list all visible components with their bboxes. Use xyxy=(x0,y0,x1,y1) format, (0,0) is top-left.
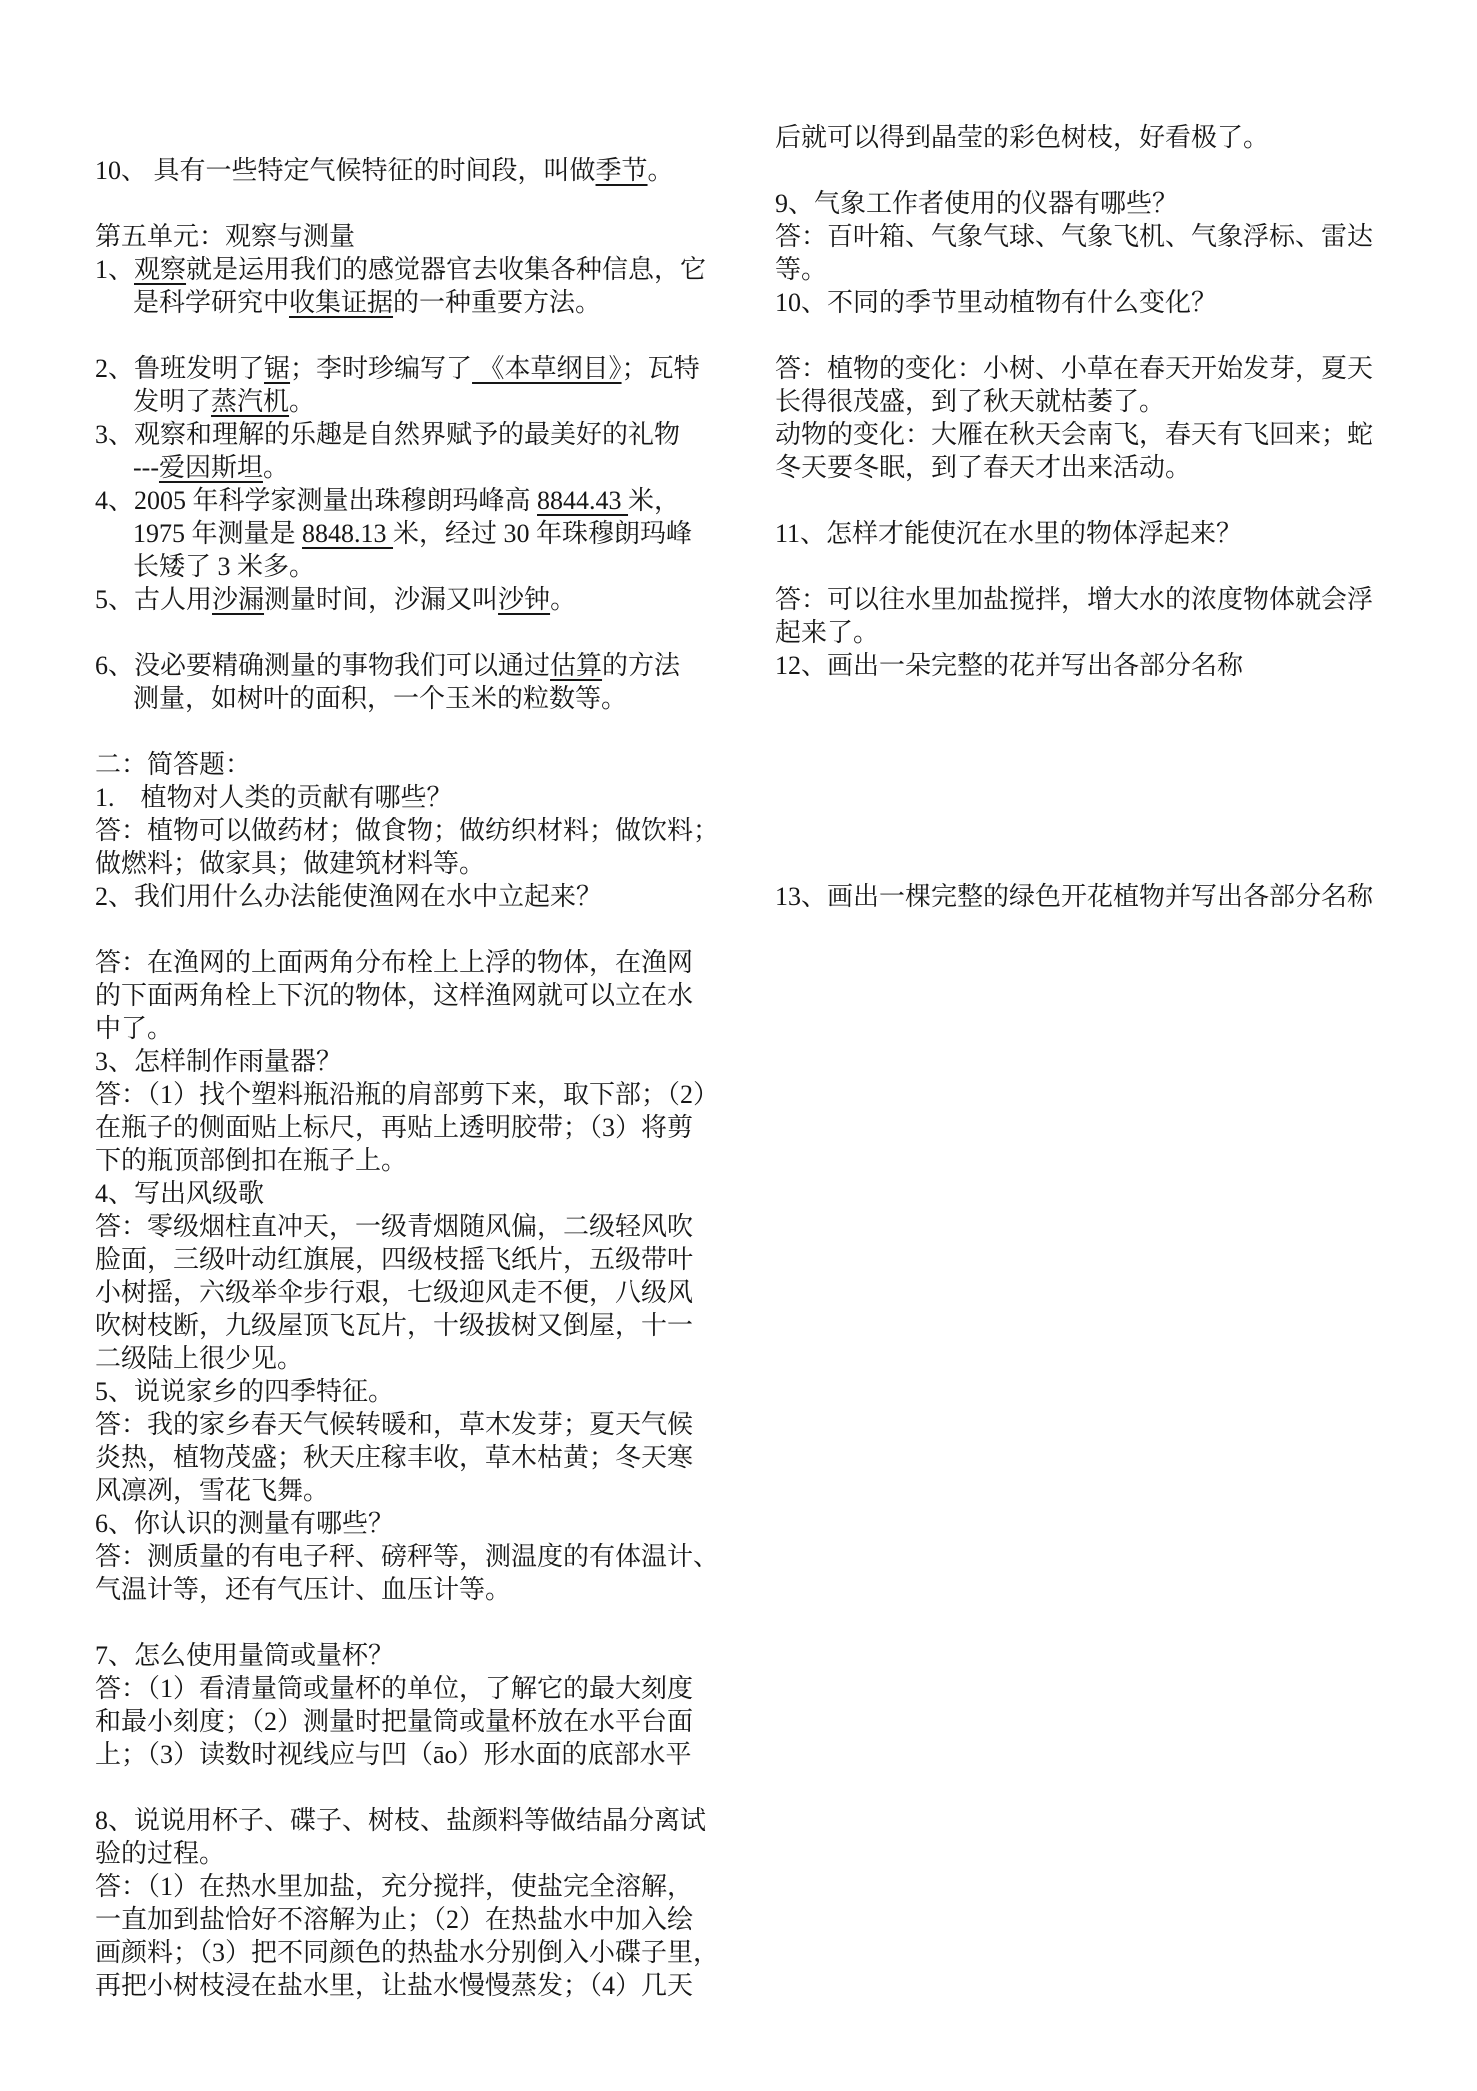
text-run: 长得很茂盛，到了秋天就枯萎了。 xyxy=(775,387,1165,416)
text-line: 5、说说家乡的四季特征。 xyxy=(95,1375,755,1408)
underlined-text: 8848.13 xyxy=(302,519,393,548)
text-line: 13、画出一棵完整的绿色开花植物并写出各部分名称 xyxy=(775,880,1435,913)
text-run: 答：零级烟柱直冲天，一级青烟随风偏，二级轻风吹 xyxy=(95,1212,693,1241)
text-line: 答：百叶箱、气象气球、气象飞机、气象浮标、雷达 xyxy=(775,220,1435,253)
text-run: 答：植物的变化：小树、小草在春天开始发芽，夏天 xyxy=(775,354,1373,383)
text-line: 12、画出一朵完整的花并写出各部分名称 xyxy=(775,649,1435,682)
text-line: 中了。 xyxy=(95,1012,755,1045)
text-line: 1. 植物对人类的贡献有哪些？ xyxy=(95,781,755,814)
text-line: 的下面两角栓上下沉的物体，这样渔网就可以立在水 xyxy=(95,979,755,1012)
text-run: 二：简答题： xyxy=(95,750,251,779)
text-line: 10、不同的季节里动植物有什么变化？ xyxy=(775,286,1435,319)
text-line: 风凛冽，雪花飞舞。 xyxy=(95,1474,755,1507)
text-run: 13、画出一棵完整的绿色开花植物并写出各部分名称 xyxy=(775,882,1373,911)
text-line: 9、气象工作者使用的仪器有哪些？ xyxy=(775,187,1435,220)
underlined-text: 蒸汽机 xyxy=(211,387,289,416)
underlined-text: 沙漏 xyxy=(212,585,264,614)
text-line: 长矮了 3 米多。 xyxy=(95,550,755,583)
blank-line xyxy=(775,781,1435,814)
blank-line xyxy=(775,154,1435,187)
text-run: 下的瓶顶部倒扣在瓶子上。 xyxy=(95,1146,407,1175)
text-run: 3、怎样制作雨量器？ xyxy=(95,1047,342,1076)
text-line: 3、怎样制作雨量器？ xyxy=(95,1045,755,1078)
text-line: 答：植物的变化：小树、小草在春天开始发芽，夏天 xyxy=(775,352,1435,385)
text-run: 12、画出一朵完整的花并写出各部分名称 xyxy=(775,651,1243,680)
blank-line xyxy=(95,913,755,946)
text-line: 3、观察和理解的乐趣是自然界赋予的最美好的礼物 xyxy=(95,418,755,451)
blank-line xyxy=(775,550,1435,583)
text-line: 下的瓶顶部倒扣在瓶子上。 xyxy=(95,1144,755,1177)
text-run: ；瓦特 xyxy=(622,354,700,383)
text-run: 答：百叶箱、气象气球、气象飞机、气象浮标、雷达 xyxy=(775,222,1373,251)
text-run: 第五单元：观察与测量 xyxy=(95,222,355,251)
blank-line xyxy=(775,814,1435,847)
blank-line xyxy=(95,121,755,154)
text-line: 二级陆上很少见。 xyxy=(95,1342,755,1375)
text-run: 。 xyxy=(550,585,576,614)
text-line: 答：我的家乡春天气候转暖和，草木发芽；夏天气候 xyxy=(95,1408,755,1441)
underlined-text: 季节 xyxy=(596,156,648,185)
text-run: 测量，如树叶的面积，一个玉米的粒数等。 xyxy=(133,684,627,713)
text-run: 1975 年测量是 xyxy=(133,519,302,548)
text-line: 是科学研究中收集证据的一种重要方法。 xyxy=(95,286,755,319)
blank-line xyxy=(95,187,755,220)
text-run: 风凛冽，雪花飞舞。 xyxy=(95,1476,329,1505)
blank-line xyxy=(775,682,1435,715)
text-run: 答：我的家乡春天气候转暖和，草木发芽；夏天气候 xyxy=(95,1410,693,1439)
text-run: 中了。 xyxy=(95,1014,173,1043)
text-line: 后就可以得到晶莹的彩色树枝，好看极了。 xyxy=(775,121,1435,154)
text-line: 小树摇，六级举伞步行艰，七级迎风走不便，八级风 xyxy=(95,1276,755,1309)
text-run: 的下面两角栓上下沉的物体，这样渔网就可以立在水 xyxy=(95,981,693,1010)
text-line: 测量，如树叶的面积，一个玉米的粒数等。 xyxy=(95,682,755,715)
blank-line xyxy=(95,1771,755,1804)
text-line: 起来了。 xyxy=(775,616,1435,649)
blank-line xyxy=(775,847,1435,880)
text-line: 脸面，三级叶动红旗展，四级枝摇飞纸片，五级带叶 xyxy=(95,1243,755,1276)
text-line: 在瓶子的侧面贴上标尺，再贴上透明胶带；（3）将剪 xyxy=(95,1111,755,1144)
text-run: 做燃料；做家具；做建筑材料等。 xyxy=(95,849,485,878)
text-run: 7、怎么使用量筒或量杯？ xyxy=(95,1641,394,1670)
text-line: 动物的变化：大雁在秋天会南飞，春天有飞回来；蛇 xyxy=(775,418,1435,451)
text-line: 2、鲁班发明了锯；李时珍编写了 《本草纲目》；瓦特 xyxy=(95,352,755,385)
text-line: 画颜料；（3）把不同颜色的热盐水分别倒入小碟子里， xyxy=(95,1936,755,1969)
text-run: 11、怎样才能使沉在水里的物体浮起来？ xyxy=(775,519,1242,548)
text-run: 1. 植物对人类的贡献有哪些？ xyxy=(95,783,453,812)
text-run: 2、我们用什么办法能使渔网在水中立起来？ xyxy=(95,882,602,911)
text-run: 的方法 xyxy=(602,651,680,680)
text-line: 答：植物可以做药材；做食物；做纺织材料；做饮料； xyxy=(95,814,755,847)
text-run: 验的过程。 xyxy=(95,1839,225,1868)
text-line: 上；（3）读数时视线应与凹（āo）形水面的底部水平 xyxy=(95,1738,755,1771)
text-run: 一直加到盐恰好不溶解为止；（2）在热盐水中加入绘 xyxy=(95,1905,693,1934)
underlined-text: 收集证据 xyxy=(289,288,393,317)
text-run: 发明了 xyxy=(133,387,211,416)
text-run: 6、没必要精确测量的事物我们可以通过 xyxy=(95,651,550,680)
underlined-text: 估算 xyxy=(550,651,602,680)
text-run: 。 xyxy=(263,453,289,482)
text-run: 4、2005 年科学家测量出珠穆朗玛峰高 xyxy=(95,486,537,515)
underlined-text: 观察 xyxy=(134,255,186,284)
document-page: 10、 具有一些特定气候特征的时间段，叫做季节。 第五单元：观察与测量1、观察就… xyxy=(0,0,1477,2091)
text-run: 长矮了 3 米多。 xyxy=(133,552,315,581)
text-run: 1、 xyxy=(95,255,134,284)
text-line: 二：简答题： xyxy=(95,748,755,781)
text-run: 4、写出风级歌 xyxy=(95,1179,264,1208)
text-line: 冬天要冬眠，到了春天才出来活动。 xyxy=(775,451,1435,484)
text-line: 6、你认识的测量有哪些？ xyxy=(95,1507,755,1540)
text-run: ；李时珍编写了 xyxy=(290,354,472,383)
text-run: 起来了。 xyxy=(775,618,879,647)
blank-line xyxy=(95,1606,755,1639)
text-run: 5、古人用 xyxy=(95,585,212,614)
text-run: 小树摇，六级举伞步行艰，七级迎风走不便，八级风 xyxy=(95,1278,693,1307)
text-run: --- xyxy=(133,453,159,482)
text-line: 发明了蒸汽机。 xyxy=(95,385,755,418)
text-run: 5、说说家乡的四季特征。 xyxy=(95,1377,394,1406)
text-run: 。 xyxy=(289,387,315,416)
text-run: 8、说说用杯子、碟子、树枝、盐颜料等做结晶分离试 xyxy=(95,1806,706,1835)
text-line: 6、没必要精确测量的事物我们可以通过估算的方法 xyxy=(95,649,755,682)
text-line: 等。 xyxy=(775,253,1435,286)
text-line: 答：测质量的有电子秤、磅秤等，测温度的有体温计、 xyxy=(95,1540,755,1573)
text-run: 画颜料；（3）把不同颜色的热盐水分别倒入小碟子里， xyxy=(95,1938,719,1967)
text-run: 吹树枝断，九级屋顶飞瓦片，十级拔树又倒屋，十一 xyxy=(95,1311,693,1340)
text-run: 脸面，三级叶动红旗展，四级枝摇飞纸片，五级带叶 xyxy=(95,1245,693,1274)
text-line: 答：可以往水里加盐搅拌，增大水的浓度物体就会浮 xyxy=(775,583,1435,616)
text-run: 9、气象工作者使用的仪器有哪些？ xyxy=(775,189,1178,218)
text-line: 答：（1）看清量筒或量杯的单位，了解它的最大刻度 xyxy=(95,1672,755,1705)
text-run: 测量时间，沙漏又叫 xyxy=(264,585,498,614)
text-line: 2、我们用什么办法能使渔网在水中立起来？ xyxy=(95,880,755,913)
text-run: 的一种重要方法。 xyxy=(393,288,601,317)
text-run: 3、观察和理解的乐趣是自然界赋予的最美好的礼物 xyxy=(95,420,680,449)
text-run: 和最小刻度；（2）测量时把量筒或量杯放在水平台面 xyxy=(95,1707,693,1736)
blank-line xyxy=(775,748,1435,781)
text-line: 长得很茂盛，到了秋天就枯萎了。 xyxy=(775,385,1435,418)
text-line: 4、2005 年科学家测量出珠穆朗玛峰高 8844.43 米， xyxy=(95,484,755,517)
text-line: 再把小树枝浸在盐水里，让盐水慢慢蒸发；（4）几天 xyxy=(95,1969,755,2002)
underlined-text: 《本草纲目》 xyxy=(472,354,622,383)
text-line: 答：在渔网的上面两角分布栓上上浮的物体，在渔网 xyxy=(95,946,755,979)
text-line: 一直加到盐恰好不溶解为止；（2）在热盐水中加入绘 xyxy=(95,1903,755,1936)
blank-line xyxy=(775,319,1435,352)
text-line: 验的过程。 xyxy=(95,1837,755,1870)
text-line: 吹树枝断，九级屋顶飞瓦片，十级拔树又倒屋，十一 xyxy=(95,1309,755,1342)
underlined-text: 沙钟 xyxy=(498,585,550,614)
text-run: 10、 具有一些特定气候特征的时间段，叫做 xyxy=(95,156,596,185)
text-run: 2、鲁班发明了 xyxy=(95,354,264,383)
text-line: 答：零级烟柱直冲天，一级青烟随风偏，二级轻风吹 xyxy=(95,1210,755,1243)
text-line: 答：（1）在热水里加盐，充分搅拌，使盐完全溶解， xyxy=(95,1870,755,1903)
text-run: 在瓶子的侧面贴上标尺，再贴上透明胶带；（3）将剪 xyxy=(95,1113,693,1142)
text-line: 11、怎样才能使沉在水里的物体浮起来？ xyxy=(775,517,1435,550)
text-line: 1975 年测量是 8848.13 米，经过 30 年珠穆朗玛峰 xyxy=(95,517,755,550)
text-run: 。 xyxy=(648,156,674,185)
text-line: 和最小刻度；（2）测量时把量筒或量杯放在水平台面 xyxy=(95,1705,755,1738)
text-line: 5、古人用沙漏测量时间，沙漏又叫沙钟。 xyxy=(95,583,755,616)
text-run: 米，经过 30 年珠穆朗玛峰 xyxy=(393,519,692,548)
text-run: 后就可以得到晶莹的彩色树枝，好看极了。 xyxy=(775,123,1269,152)
text-line: 第五单元：观察与测量 xyxy=(95,220,755,253)
text-run: 气温计等，还有气压计、血压计等。 xyxy=(95,1575,511,1604)
text-run: 冬天要冬眠，到了春天才出来活动。 xyxy=(775,453,1191,482)
text-line: 炎热，植物茂盛；秋天庄稼丰收，草木枯黄；冬天寒 xyxy=(95,1441,755,1474)
text-run: 炎热，植物茂盛；秋天庄稼丰收，草木枯黄；冬天寒 xyxy=(95,1443,693,1472)
text-run: 10、不同的季节里动植物有什么变化？ xyxy=(775,288,1217,317)
underlined-text: 爱因斯坦 xyxy=(159,453,263,482)
text-line: 1、观察就是运用我们的感觉器官去收集各种信息，它 xyxy=(95,253,755,286)
text-run: 再把小树枝浸在盐水里，让盐水慢慢蒸发；（4）几天 xyxy=(95,1971,693,2000)
right-column: 后就可以得到晶莹的彩色树枝，好看极了。 9、气象工作者使用的仪器有哪些？答：百叶… xyxy=(775,121,1435,913)
left-column: 10、 具有一些特定气候特征的时间段，叫做季节。 第五单元：观察与测量1、观察就… xyxy=(95,121,755,2002)
text-line: 做燃料；做家具；做建筑材料等。 xyxy=(95,847,755,880)
underlined-text: 锯 xyxy=(264,354,290,383)
text-run: 是科学研究中 xyxy=(133,288,289,317)
text-run: 等。 xyxy=(775,255,827,284)
underlined-text: 8844.43 xyxy=(537,486,628,515)
text-run: 上；（3）读数时视线应与凹（āo）形水面的底部水平 xyxy=(95,1740,692,1769)
text-run: 动物的变化：大雁在秋天会南飞，春天有飞回来；蛇 xyxy=(775,420,1373,449)
blank-line xyxy=(95,319,755,352)
text-run: 答：可以往水里加盐搅拌，增大水的浓度物体就会浮 xyxy=(775,585,1373,614)
text-run: 答：（1）找个塑料瓶沿瓶的肩部剪下来，取下部；（2） xyxy=(95,1080,719,1109)
text-line: 7、怎么使用量筒或量杯？ xyxy=(95,1639,755,1672)
blank-line xyxy=(95,715,755,748)
blank-line xyxy=(775,484,1435,517)
text-run: 米， xyxy=(628,486,680,515)
blank-line xyxy=(775,715,1435,748)
text-run: 答：在渔网的上面两角分布栓上上浮的物体，在渔网 xyxy=(95,948,693,977)
text-line: 答：（1）找个塑料瓶沿瓶的肩部剪下来，取下部；（2） xyxy=(95,1078,755,1111)
blank-line xyxy=(95,616,755,649)
text-run: 答：（1）看清量筒或量杯的单位，了解它的最大刻度 xyxy=(95,1674,693,1703)
text-line: ---爱因斯坦。 xyxy=(95,451,755,484)
text-line: 4、写出风级歌 xyxy=(95,1177,755,1210)
text-run: 答：测质量的有电子秤、磅秤等，测温度的有体温计、 xyxy=(95,1542,719,1571)
text-run: 答：植物可以做药材；做食物；做纺织材料；做饮料； xyxy=(95,816,719,845)
text-run: 6、你认识的测量有哪些？ xyxy=(95,1509,394,1538)
text-line: 10、 具有一些特定气候特征的时间段，叫做季节。 xyxy=(95,154,755,187)
text-line: 8、说说用杯子、碟子、树枝、盐颜料等做结晶分离试 xyxy=(95,1804,755,1837)
text-line: 气温计等，还有气压计、血压计等。 xyxy=(95,1573,755,1606)
text-run: 二级陆上很少见。 xyxy=(95,1344,303,1373)
text-run: 就是运用我们的感觉器官去收集各种信息，它 xyxy=(186,255,706,284)
text-run: 答：（1）在热水里加盐，充分搅拌，使盐完全溶解， xyxy=(95,1872,693,1901)
